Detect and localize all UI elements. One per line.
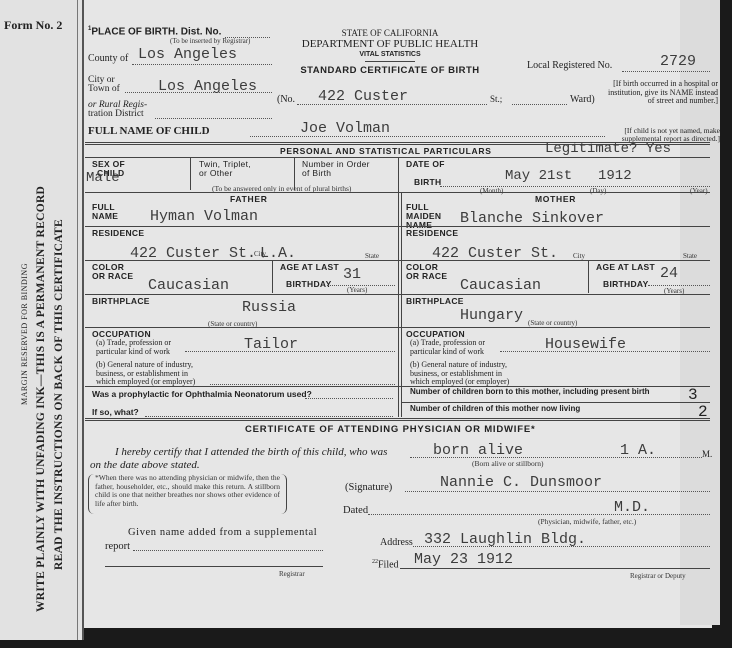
certificate-title: STANDARD CERTIFICATE OF BIRTH (270, 65, 510, 76)
mother-heading: MOTHER (535, 194, 576, 204)
section-title-personal: PERSONAL AND STATISTICAL PARTICULARS (280, 146, 492, 156)
county-label: County of (88, 53, 128, 64)
father-color-label: COLOROR RACE (92, 263, 133, 281)
attending-note: *When there was no attending physician o… (88, 474, 287, 514)
child-name-value[interactable]: Joe Volman (300, 120, 390, 137)
margin-note-instructions: READ THE INSTRUCTIONS ON BACK OF THIS CE… (53, 219, 65, 570)
mother-color-label: COLOROR RACE (406, 263, 447, 281)
father-age-value[interactable]: 31 (343, 266, 361, 283)
dob-month-day[interactable]: May 21st (505, 168, 572, 184)
father-occ-a-label: (a) Trade, profession orparticular kind … (96, 339, 171, 356)
place-of-birth-label: 1PLACE OF BIRTH. Dist. No. (88, 26, 221, 37)
dob-label: DATE OF (406, 160, 445, 169)
dob-year[interactable]: 1912 (598, 168, 632, 184)
mother-birthplace-label: BIRTHPLACE (406, 297, 464, 306)
father-residence-label: RESIDENCE (92, 229, 144, 238)
city-label: City orTown of (88, 76, 120, 94)
mother-occ-a-label: (a) Trade, profession orparticular kind … (410, 339, 485, 356)
certify-statement-2: on the date above stated. (90, 459, 200, 471)
address-label: Address (380, 537, 413, 548)
local-registered-no[interactable]: 2729 (660, 53, 696, 70)
street-value[interactable]: 422 Custer (318, 88, 408, 105)
given-name-note: Given name added from a supplemental (128, 527, 317, 538)
bureau-heading: VITAL STATISTICS (290, 51, 490, 58)
father-occ-b-label: (b) General nature of industry,business,… (96, 361, 195, 387)
mother-age-value[interactable]: 24 (660, 265, 678, 282)
local-registered-label: Local Registered No. (527, 60, 612, 71)
certificate-heading: CERTIFICATE OF ATTENDING PHYSICIAN OR MI… (245, 424, 535, 435)
signature-value[interactable]: Nannie C. Dunsmoor (440, 474, 602, 491)
signature-label: (Signature) (345, 482, 392, 493)
mother-name-value[interactable]: Blanche Sinkover (460, 210, 604, 227)
mother-color-value[interactable]: Caucasian (460, 277, 541, 294)
mother-residence-label: RESIDENCE (406, 229, 458, 238)
county-value[interactable]: Los Angeles (138, 46, 237, 63)
dist-note: (To be inserted by Registrar) (170, 37, 250, 45)
father-name-label: FULLNAME (92, 203, 118, 221)
filed-label: 22Filed (372, 559, 399, 570)
rural-district-label: or Rural Regis-tration District (88, 101, 147, 119)
street-no-label: (No. (277, 94, 295, 105)
children-born-label: Number of children born to this mother, … (410, 387, 650, 396)
mother-age-label: AGE AT LAST (596, 263, 655, 272)
state-heading: STATE OF CALIFORNIA (290, 28, 490, 38)
filed-value[interactable]: May 23 1912 (414, 551, 513, 568)
mother-occ-b-label: (b) General nature of industry,business,… (410, 361, 509, 387)
prophylactic-if-so: If so, what? (92, 407, 139, 417)
father-birthplace-value[interactable]: Russia (242, 299, 296, 316)
father-age-label: AGE AT LAST (280, 263, 339, 272)
ward-label: Ward) (570, 94, 595, 105)
report-label: report (105, 541, 130, 552)
order-label: Number in Orderof Birth (302, 160, 370, 178)
margin-note-binding: MARGIN RESERVED FOR BINDING (20, 263, 29, 405)
father-name-value[interactable]: Hyman Volman (150, 208, 258, 225)
mother-birthplace-value[interactable]: Hungary (460, 307, 523, 324)
dated-label: Dated (343, 505, 368, 516)
prophylactic-question: Was a prophylactic for Ophthalmia Neonat… (92, 389, 312, 399)
children-living-label: Number of children of this mother now li… (410, 404, 580, 413)
certify-statement-1: I hereby certify that I attended the bir… (115, 446, 387, 458)
father-heading: FATHER (230, 194, 268, 204)
credential-value[interactable]: M.D. (614, 499, 650, 516)
twin-label: Twin, Triplet,or Other (199, 160, 251, 178)
department-heading: DEPARTMENT OF PUBLIC HEALTH (270, 38, 510, 50)
father-birthplace-label: BIRTHPLACE (92, 297, 150, 306)
father-color-value[interactable]: Caucasian (148, 277, 229, 294)
st-label: St.; (490, 94, 502, 104)
sex-value[interactable]: Male (86, 170, 120, 186)
legitimate-value[interactable]: Legitimate? Yes (545, 141, 671, 157)
child-name-label: FULL NAME OF CHILD (88, 125, 210, 137)
form-number: Form No. 2 (4, 18, 62, 33)
margin-note-ink: WRITE PLAINLY WITH UNFADING INK—THIS IS … (35, 186, 47, 612)
hospital-note: [If birth occurred in a hospital or inst… (608, 80, 718, 106)
